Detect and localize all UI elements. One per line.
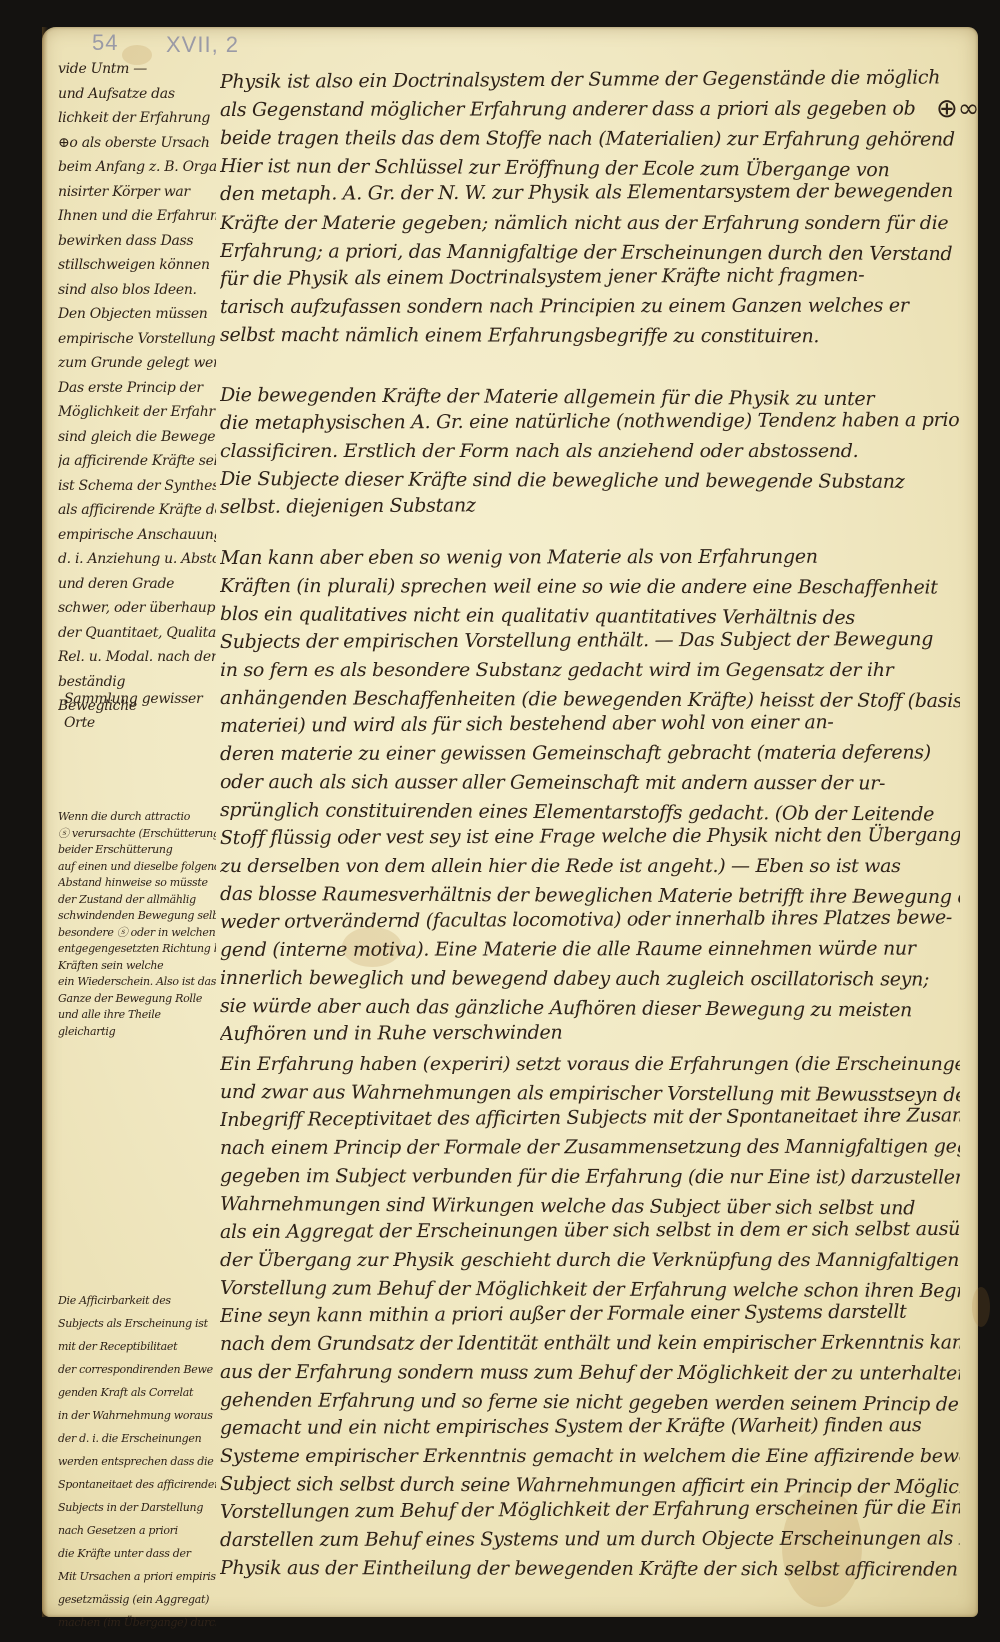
manuscript-line: beide tragen theils das dem Stoffe nach …: [220, 123, 960, 155]
manuscript-line: gend (interne motiva). Eine Materie die …: [220, 933, 960, 965]
manuscript-line: Aufhören und in Ruhe verschwinden: [220, 1016, 960, 1049]
manuscript-line: gegeben im Subject verbunden für die Erf…: [220, 1161, 960, 1193]
margin-note-line: empirische Anschauungen: [58, 524, 216, 546]
margin-note-line: nach Gesetzen a priori: [58, 1522, 216, 1539]
margin-note-line: Ihnen und die Erfahrung: [58, 205, 216, 227]
manuscript-line: nach einem Princip der Formale der Zusam…: [220, 1131, 960, 1163]
margin-note-line: beider Erschütterung: [58, 841, 216, 858]
margin-note-line: Abstand hinweise so müsste: [58, 874, 216, 891]
margin-note-line: der d. i. die Erscheinungen: [58, 1430, 216, 1447]
margin-note-line: Sammlung gewisser: [64, 688, 222, 710]
margin-note-line: lichkeit der Erfahrung: [58, 107, 216, 129]
manuscript-line: Kräfte der Materie gegeben; nämlich nich…: [220, 208, 960, 238]
margin-note-line: Wenn die durch attractio: [58, 808, 216, 825]
manuscript-line: Kräften (in plurali) sprechen weil eine …: [220, 571, 960, 603]
margin-note-line: ist Schema der Synthesis: [58, 475, 216, 497]
margin-note-line: zum Grunde gelegt werd.: [58, 352, 216, 374]
margin-note-line: Möglichkeit der Erfahrung: [58, 401, 216, 423]
margin-note-line: die Kräfte unter dass der: [58, 1545, 216, 1562]
manuscript-line: in so fern es als besondere Substanz ged…: [220, 655, 960, 685]
manuscript-line: Physik ist also ein Doctrinalsystem der …: [220, 62, 960, 97]
manuscript-line: selbst macht nämlich einem Erfahrungsbeg…: [220, 320, 960, 352]
margin-note-line: ⓢ verursachte (Erschütterung): [58, 825, 216, 842]
manuscript-line: tarisch aufzufassen sondern nach Princip…: [220, 290, 960, 322]
margin-note-line: Subjects als Erscheinung ist: [58, 1315, 216, 1332]
manuscript-line: Inbegriff Receptivitaet des afficirten S…: [220, 1100, 960, 1135]
manuscript-line: Ein Erfahrung haben (experiri) setzt vor…: [220, 1049, 960, 1079]
margin-note-line: der Zustand der allmählig: [58, 891, 216, 908]
margin-note-line: schwer, oder überhaupt: [58, 597, 216, 619]
manuscript-line: materiei) und wird als für sich bestehen…: [220, 706, 960, 741]
margin-note-line: genden Kraft als Correlat: [58, 1384, 216, 1401]
manuscript-line: Stoff flüssig oder vest sey ist eine Fra…: [220, 820, 960, 853]
margin-note-line: Subjects in der Darstellung: [58, 1499, 216, 1516]
margin-note-line: besondere ⓢ oder in welchen: [58, 924, 216, 941]
manuscript-line: selbst. diejenigen Substanz: [220, 487, 960, 522]
margin-note-line: werden entsprechen dass die: [58, 1453, 216, 1470]
margin-note-line: vide Untm —: [58, 58, 216, 80]
margin-note-line: gleichartig: [58, 1023, 216, 1040]
manuscript-line: innerlich beweglich und bewegend dabey a…: [220, 963, 960, 995]
margin-note-line: Kräften sein welche: [58, 957, 216, 974]
manuscript-line: gemacht und ein nicht empirisches System…: [220, 1410, 960, 1443]
margin-note-line: auf einen und dieselbe folgende: [58, 858, 216, 875]
archive-signature: XVII, 2: [166, 32, 239, 58]
margin-note-line: schwindenden Bewegung selbst eine: [58, 907, 216, 924]
margin-note-line: nisirter Körper war: [58, 181, 216, 203]
manuscript-line: weder ortverändernd (facultas locomotiva…: [220, 902, 960, 937]
margin-note-line: mit der Receptibilitaet: [58, 1338, 216, 1355]
manuscript-line: Physik aus der Eintheilung der bewegende…: [220, 1553, 960, 1585]
folio-number: 54: [92, 30, 118, 56]
manuscript-line: zu derselben von dem allein hier die Red…: [220, 851, 960, 881]
margin-note-line: in der Wahrnehmung woraus: [58, 1407, 216, 1424]
margin-note-line: der Quantitaet, Qualitaet,: [58, 622, 216, 644]
margin-note-line: stillschweigen können: [58, 254, 216, 276]
manuscript-line: aus der Erfahrung sondern muss zum Behuf…: [220, 1357, 960, 1389]
margin-note-line: als afficirende Kräfte der: [58, 499, 216, 521]
manuscript-line: Vorstellungen zum Behuf der Möglichkeit …: [220, 1492, 960, 1527]
manuscript-line: darstellen zum Behuf eines Systems und u…: [220, 1523, 960, 1555]
margin-note-line: Den Objecten müssen: [58, 303, 216, 325]
margin-note-line: beim Anfang z. B. Orga: [58, 156, 216, 178]
manuscript-line: classificiren. Erstlich der Form nach al…: [220, 436, 960, 466]
manuscript-line: oder auch als sich ausser aller Gemeinsc…: [220, 767, 960, 799]
ink-blot: [972, 1287, 990, 1327]
manuscript-line: der Übergang zur Physik geschieht durch …: [220, 1245, 960, 1275]
margin-note-line: Das erste Princip der: [58, 377, 216, 399]
margin-note-line: Die Afficirbarkeit des: [58, 1292, 216, 1309]
margin-note-line: Ganze der Bewegung Rolle: [58, 990, 216, 1007]
margin-note-line: empirische Vorstellung: [58, 328, 216, 350]
margin-note-line: ⊕o als oberste Ursach: [58, 132, 216, 154]
manuscript-line: als ein Aggregat der Erscheinungen über …: [220, 1214, 960, 1247]
manuscript-line: die metaphysischen A. Gr. eine natürlich…: [220, 405, 960, 438]
margin-note-line: Mit Ursachen a priori empirische: [58, 1568, 216, 1585]
manuscript-line: deren materie zu einer gewissen Gemeinsc…: [220, 737, 960, 769]
margin-note-line: gesetzmässig (ein Aggregat): [58, 1591, 216, 1608]
manuscript-line: für die Physik als einem Doctrinalsystem…: [220, 259, 960, 294]
margin-note-line: sind also blos Ideen.: [58, 279, 216, 301]
margin-note-line: Orte: [64, 712, 222, 734]
manuscript-line: nach dem Grundsatz der Identität enthält…: [220, 1327, 960, 1359]
margin-note-line: Spontaneitaet des afficirenden: [58, 1476, 216, 1493]
manuscript-line: den metaph. A. Gr. der N. W. zur Physik …: [220, 176, 960, 209]
margin-note-line: und Aufsatze das: [58, 83, 216, 105]
margin-note-line: machen (im Übergange) durch die: [58, 1614, 216, 1631]
margin-note-line: entgegengesetzten Richtung bewegenden: [58, 940, 216, 957]
margin-note-line: sind gleich die Bewegen: [58, 426, 216, 448]
margin-note-line: und deren Grade: [58, 573, 216, 595]
margin-note-line: bewirken dass Dass: [58, 230, 216, 252]
manuscript-line: Systeme empirischer Erkenntnis gemacht i…: [220, 1441, 960, 1471]
margin-note-line: Rel. u. Modal. nach den Cat.: [58, 646, 216, 668]
manuscript-line: Subjects der empirischen Vorstellung ent…: [220, 624, 960, 657]
margin-note-line: d. i. Anziehung u. Abstossung: [58, 548, 216, 570]
manuscript-line: Eine seyn kann mithin a priori außer der…: [220, 1296, 960, 1331]
margin-note-line: ein Wiederschein. Also ist das: [58, 973, 216, 990]
margin-note-line: und alle ihre Theile: [58, 1006, 216, 1023]
margin-note-line: der correspondirenden Bewe: [58, 1361, 216, 1378]
margin-note-line: ja afficirende Kräfte selbst: [58, 450, 216, 472]
manuscript-line: Man kann aber eben so wenig von Materie …: [220, 541, 960, 573]
manuscript-line: als Gegenstand möglicher Erfahrung ander…: [220, 93, 960, 125]
